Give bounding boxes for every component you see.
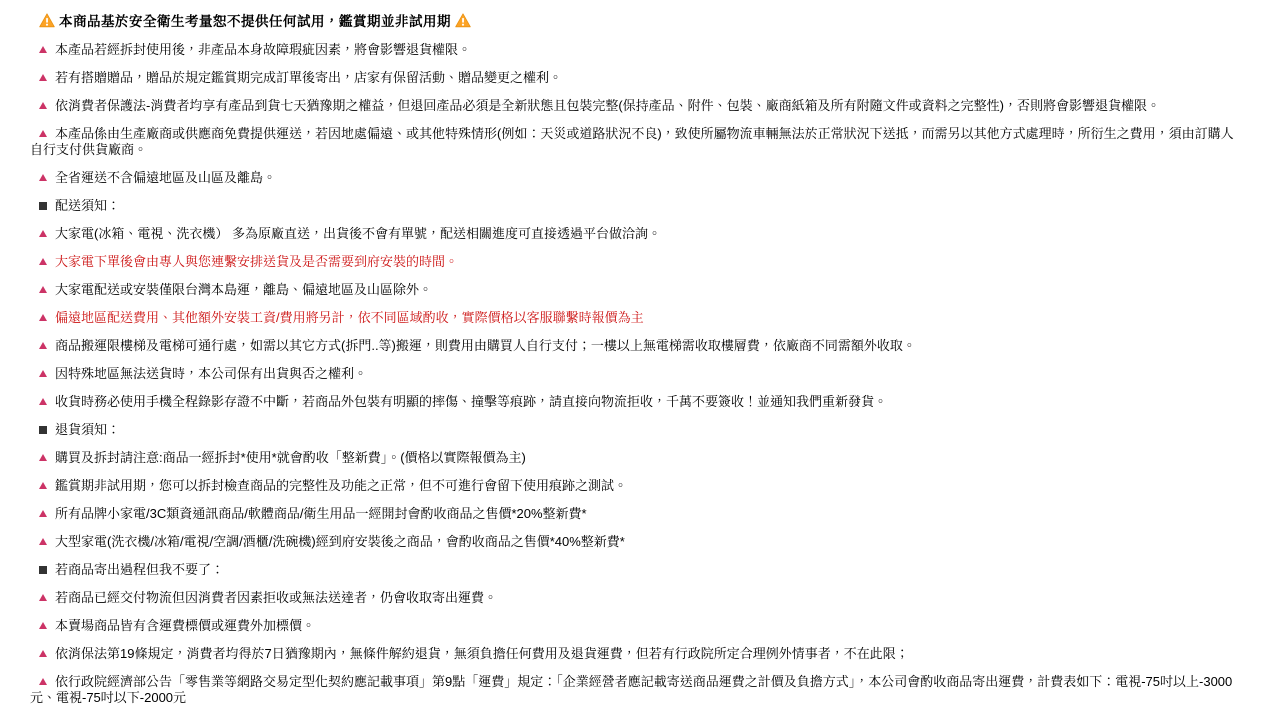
notice-item: 全省運送不含偏遠地區及山區及離島。 [30,170,1246,186]
triangle-bullet-icon [39,510,47,517]
triangle-bullet-icon [39,538,47,545]
notice-text: 因特殊地區無法送貨時，本公司保有出貨與否之權利。 [55,366,367,381]
notice-item: 購買及拆封請注意:商品一經拆封*使用*就會酌收「整新費」。(價格以實際報價為主) [30,450,1246,466]
notice-item: 若商品寄出過程但我不要了： [30,562,1246,578]
warning-icon [39,13,55,28]
triangle-bullet-icon [39,174,47,181]
notice-text: 大家電下單後會由專人與您連繫安排送貨及是否需要到府安裝的時間。 [55,254,458,269]
notice-text: 購買及拆封請注意:商品一經拆封*使用*就會酌收「整新費」。(價格以實際報價為主) [55,450,526,465]
notice-text: 若商品已經交付物流但因消費者因素拒收或無法送達者，仍會收取寄出運費。 [55,590,497,605]
notice-item: 偏遠地區配送費用、其他額外安裝工資/費用將另計，依不同區域酌收，實際價格以客服聯… [30,310,1246,326]
notice-item: 退貨須知： [30,422,1246,438]
triangle-bullet-icon [39,102,47,109]
notice-text: 大型家電(洗衣機/冰箱/電視/空調/酒櫃/洗碗機)經到府安裝後之商品，會酌收商品… [55,534,625,549]
triangle-bullet-icon [39,370,47,377]
notice-item: 因特殊地區無法送貨時，本公司保有出貨與否之權利。 [30,366,1246,382]
notice-text: 若有搭贈贈品，贈品於規定鑑賞期完成訂單後寄出，店家有保留活動、贈品變更之權利。 [55,70,562,85]
product-notice-page: 本商品基於安全衛生考量恕不提供任何試用，鑑賞期並非試用期 本產品若經拆封使用後，… [0,0,1280,706]
triangle-bullet-icon [39,482,47,489]
triangle-bullet-icon [39,650,47,657]
square-bullet-icon [39,566,47,574]
notice-text: 依行政院經濟部公告「零售業等網路交易定型化契約應記載事項」第9點「運費」規定：「… [30,674,1232,705]
notice-item: 若商品已經交付物流但因消費者因素拒收或無法送達者，仍會收取寄出運費。 [30,590,1246,606]
notice-item: 若有搭贈贈品，贈品於規定鑑賞期完成訂單後寄出，店家有保留活動、贈品變更之權利。 [30,70,1246,86]
triangle-bullet-icon [39,74,47,81]
triangle-bullet-icon [39,258,47,265]
triangle-bullet-icon [39,46,47,53]
notice-item: 大家電配送或安裝僅限台灣本島運，離島、偏遠地區及山區除外。 [30,282,1246,298]
notice-item: 依消費者保護法-消費者均享有產品到貨七天猶豫期之權益，但退回產品必須是全新狀態且… [30,98,1246,114]
square-bullet-icon [39,202,47,210]
triangle-bullet-icon [39,314,47,321]
notice-text: 本產品若經拆封使用後，非產品本身故障瑕疵因素，將會影響退貨權限。 [55,42,471,57]
notice-text: 大家電(冰箱、電視、洗衣機） 多為原廠直送，出貨後不會有單號，配送相關進度可直接… [55,226,661,241]
notice-list: 本商品基於安全衛生考量恕不提供任何試用，鑑賞期並非試用期 本產品若經拆封使用後，… [30,13,1246,706]
notice-text: 本產品係由生產廠商或供應商免費提供運送，若因地處偏遠、或其他特殊情形(例如：天災… [30,126,1234,157]
notice-text: 偏遠地區配送費用、其他額外安裝工資/費用將另計，依不同區域酌收，實際價格以客服聯… [55,310,644,325]
triangle-bullet-icon [39,230,47,237]
notice-item: 本產品係由生產廠商或供應商免費提供運送，若因地處偏遠、或其他特殊情形(例如：天災… [30,126,1246,158]
notice-item: 大型家電(洗衣機/冰箱/電視/空調/酒櫃/洗碗機)經到府安裝後之商品，會酌收商品… [30,534,1246,550]
notice-item: 本產品若經拆封使用後，非產品本身故障瑕疵因素，將會影響退貨權限。 [30,42,1246,58]
notice-text: 商品搬運限樓梯及電梯可通行處，如需以其它方式(拆門..等)搬運，則費用由購買人自… [55,338,916,353]
notice-text: 依消保法第19條規定，消費者均得於7日猶豫期內，無條件解約退貨，無須負擔任何費用… [55,646,909,661]
notice-text: 退貨須知： [55,422,120,437]
notice-text: 鑑賞期非試用期，您可以拆封檢查商品的完整性及功能之正常，但不可進行會留下使用痕跡… [55,478,627,493]
notice-item: 依行政院經濟部公告「零售業等網路交易定型化契約應記載事項」第9點「運費」規定：「… [30,674,1246,706]
triangle-bullet-icon [39,594,47,601]
notice-item: 大家電下單後會由專人與您連繫安排送貨及是否需要到府安裝的時間。 [30,254,1246,270]
triangle-bullet-icon [39,342,47,349]
warning-icon [455,13,471,28]
notice-text: 大家電配送或安裝僅限台灣本島運，離島、偏遠地區及山區除外。 [55,282,432,297]
triangle-bullet-icon [39,454,47,461]
notice-text: 本商品基於安全衛生考量恕不提供任何試用，鑑賞期並非試用期 [59,14,451,29]
triangle-bullet-icon [39,286,47,293]
notice-text: 配送須知： [55,198,120,213]
notice-text: 本賣場商品皆有含運費標價或運費外加標價。 [55,618,315,633]
notice-item: 配送須知： [30,198,1246,214]
notice-text: 收貨時務必使用手機全程錄影存證不中斷，若商品外包裝有明顯的摔傷、撞擊等痕跡，請直… [55,394,887,409]
notice-item: 所有品牌小家電/3C類資通訊商品/軟體商品/衛生用品一經開封會酌收商品之售價*2… [30,506,1246,522]
notice-item: 商品搬運限樓梯及電梯可通行處，如需以其它方式(拆門..等)搬運，則費用由購買人自… [30,338,1246,354]
notice-text: 依消費者保護法-消費者均享有產品到貨七天猶豫期之權益，但退回產品必須是全新狀態且… [55,98,1160,113]
notice-item: 依消保法第19條規定，消費者均得於7日猶豫期內，無條件解約退貨，無須負擔任何費用… [30,646,1246,662]
notice-item: 本商品基於安全衛生考量恕不提供任何試用，鑑賞期並非試用期 [30,13,1246,30]
triangle-bullet-icon [39,130,47,137]
notice-item: 大家電(冰箱、電視、洗衣機） 多為原廠直送，出貨後不會有單號，配送相關進度可直接… [30,226,1246,242]
square-bullet-icon [39,426,47,434]
notice-item: 收貨時務必使用手機全程錄影存證不中斷，若商品外包裝有明顯的摔傷、撞擊等痕跡，請直… [30,394,1246,410]
notice-text: 全省運送不含偏遠地區及山區及離島。 [55,170,276,185]
notice-text: 所有品牌小家電/3C類資通訊商品/軟體商品/衛生用品一經開封會酌收商品之售價*2… [55,506,587,521]
notice-item: 本賣場商品皆有含運費標價或運費外加標價。 [30,618,1246,634]
notice-item: 鑑賞期非試用期，您可以拆封檢查商品的完整性及功能之正常，但不可進行會留下使用痕跡… [30,478,1246,494]
triangle-bullet-icon [39,678,47,685]
triangle-bullet-icon [39,622,47,629]
triangle-bullet-icon [39,398,47,405]
notice-text: 若商品寄出過程但我不要了： [55,562,224,577]
